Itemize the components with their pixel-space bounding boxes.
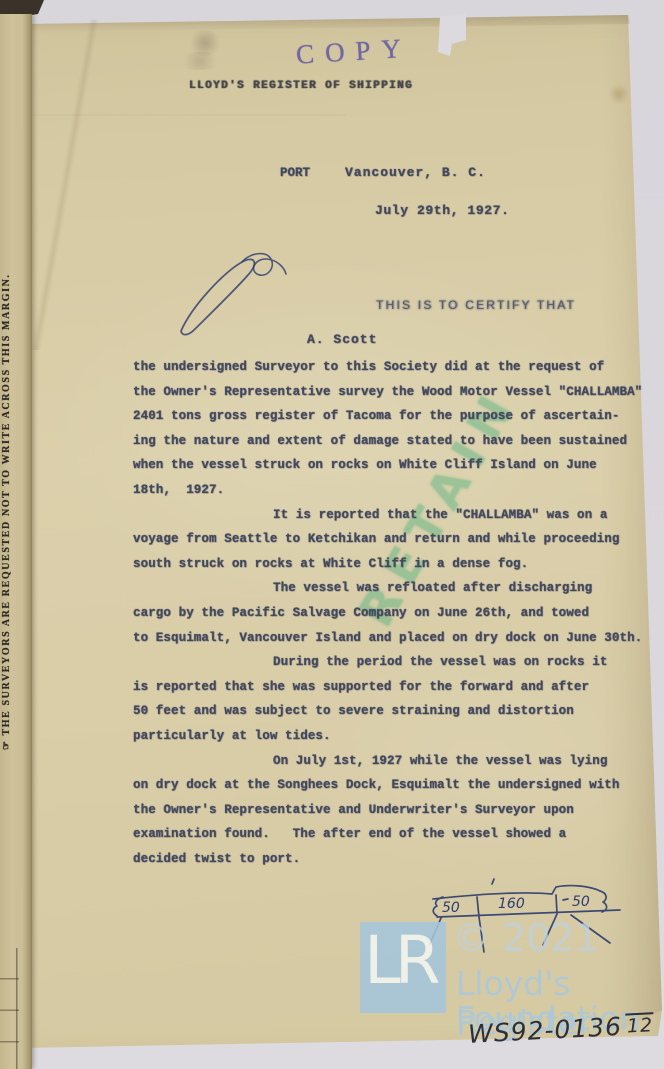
letterhead-title: LLOYD'S REGISTER OF SHIPPING — [189, 80, 413, 92]
letter-body: the undersigned Surveyor to this Society… — [133, 355, 638, 871]
typed-line: the Owner's Representative survey the Wo… — [133, 380, 638, 405]
date-line: July 29th, 1927. — [375, 203, 509, 218]
typed-line: 2401 tons gross register of Tacoma for t… — [133, 404, 638, 429]
sketch-label-right: 50 — [572, 894, 590, 910]
typed-line: The vessel was refloated after dischargi… — [133, 576, 638, 601]
typed-line: 18th, 1927. — [133, 478, 638, 503]
margin-instruction-text: ☞ THE SURVEYORS ARE REQUESTED NOT TO WRI… — [1, 205, 27, 750]
sketch-label-middle: 160 — [498, 896, 525, 912]
typed-line: ing the nature and extent of damage stat… — [133, 429, 638, 454]
typed-line: the undersigned Surveyor to this Society… — [133, 355, 638, 380]
typed-line: During the period the vessel was on rock… — [133, 650, 638, 675]
typed-line: to Esquimalt, Vancouver Island and place… — [133, 626, 638, 651]
sketch-label-left: 50 — [442, 900, 460, 916]
typed-line: 50 feet and was subject to severe strain… — [133, 699, 638, 724]
typed-line: particularly at low tides. — [133, 724, 638, 749]
typed-line: the Owner's Representative and Underwrit… — [133, 798, 638, 823]
typed-line: is reported that she was supported for t… — [133, 675, 638, 700]
lr-logo-letters: LR — [364, 928, 435, 994]
surveyor-name: A. Scott — [307, 332, 377, 347]
port-value: Vancouver, B. C. — [345, 165, 486, 180]
lr-logo: LR — [360, 922, 446, 1013]
certify-heading: THIS IS TO CERTIFY THAT — [376, 298, 576, 312]
port-label: PORT — [280, 166, 310, 180]
typed-line: when the vessel struck on rocks on White… — [133, 453, 638, 478]
typed-line: decided twist to port. — [133, 847, 638, 872]
typed-line: It is reported that the "CHALLAMBA" was … — [133, 503, 638, 528]
typed-line: cargo by the Pacific Salvage Company on … — [133, 601, 638, 626]
typed-line: south struck on rocks at White Cliff in … — [133, 552, 638, 577]
copyright-watermark: © 2021 — [452, 916, 599, 960]
pen-flourish-mark — [160, 240, 310, 350]
typed-line: voyage from Seattle to Ketchikan and ret… — [133, 527, 638, 552]
margin-ruled-lines — [0, 948, 19, 1069]
typed-line: On July 1st, 1927 while the vessel was l… — [133, 749, 638, 774]
scanned-document-photo: ☞ THE SURVEYORS ARE REQUESTED NOT TO WRI… — [0, 0, 664, 1069]
reference-suffix: 12 — [625, 1012, 654, 1037]
typed-line: on dry dock at the Songhees Dock, Esquim… — [133, 773, 638, 798]
typed-line: examination found. The after end of the … — [133, 822, 638, 847]
